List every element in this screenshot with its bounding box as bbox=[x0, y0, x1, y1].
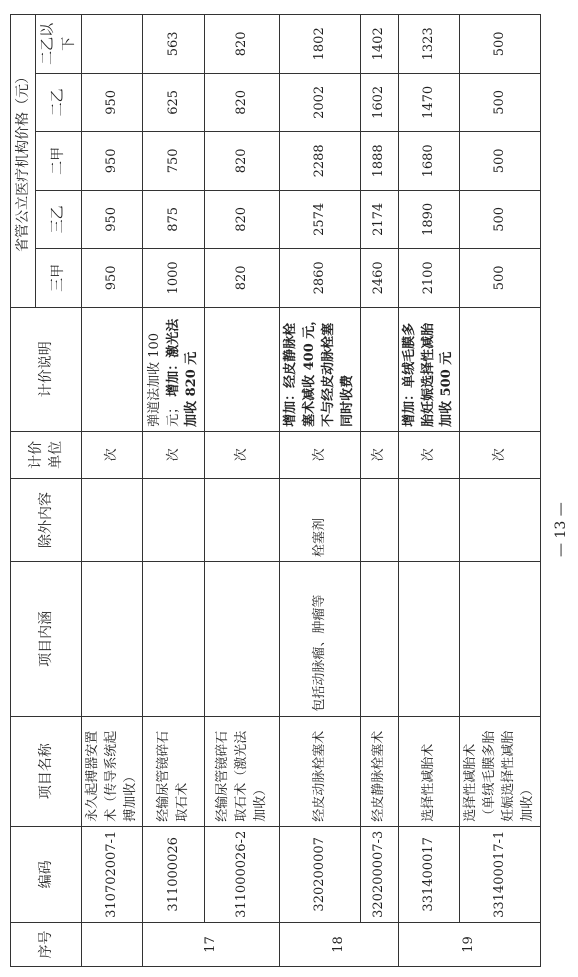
cell-excluded bbox=[460, 478, 540, 561]
cell-excluded bbox=[81, 478, 143, 561]
cell-name: 永久起搏器安置术（传导系统起搏加收） bbox=[81, 716, 143, 826]
cell-price-eryi: 1470 bbox=[398, 73, 460, 132]
cell-code: 320200007-3 bbox=[360, 826, 398, 922]
cell-unit: 次 bbox=[398, 431, 460, 478]
cell-note bbox=[460, 307, 540, 431]
header-level-erjia: 二甲 bbox=[36, 132, 82, 191]
cell-price-eryi: 2002 bbox=[280, 73, 360, 132]
table-row: 17 311000026 经输尿管镜碎石取石术 次 弹道法加收 100 元； 增… bbox=[143, 15, 205, 967]
cell-note: 增加：经皮静脉栓塞术减收 400 元，不与经皮动脉栓塞同时收费 bbox=[280, 307, 360, 431]
cell-price-eryi: 820 bbox=[205, 73, 280, 132]
header-note: 计价说明 bbox=[11, 307, 82, 431]
header-seq: 序号 bbox=[11, 922, 82, 966]
cell-price-eryi: 500 bbox=[460, 73, 540, 132]
cell-content bbox=[143, 562, 205, 717]
cell-price-sanjia: 950 bbox=[81, 249, 143, 308]
cell-price-sanjia: 820 bbox=[205, 249, 280, 308]
header-excluded: 除外内容 bbox=[11, 478, 82, 561]
cell-price-erjia: 1888 bbox=[360, 132, 398, 191]
cell-code: 311000026-2 bbox=[205, 826, 280, 922]
cell-unit: 次 bbox=[205, 431, 280, 478]
cell-price-below-eryi: 1323 bbox=[398, 15, 460, 74]
cell-name: 经皮动脉栓塞术 bbox=[280, 716, 360, 826]
cell-price-below-eryi: 820 bbox=[205, 15, 280, 74]
cell-seq: 18 bbox=[280, 922, 398, 966]
cell-note bbox=[360, 307, 398, 431]
cell-unit: 次 bbox=[143, 431, 205, 478]
header-level-eryi: 二乙 bbox=[36, 73, 82, 132]
cell-price-erjia: 820 bbox=[205, 132, 280, 191]
cell-price-eryi: 1602 bbox=[360, 73, 398, 132]
cell-price-erjia: 950 bbox=[81, 132, 143, 191]
rotated-page: 序号 编码 项目名称 项目内涵 除外内容 计价单位 计价说明 省管公立医疗机构价… bbox=[0, 0, 578, 977]
cell-content: 包括动脉瘤、肿瘤等 bbox=[280, 562, 360, 717]
cell-excluded bbox=[143, 478, 205, 561]
cell-price-sanyi: 820 bbox=[205, 190, 280, 249]
cell-code: 311000026 bbox=[143, 826, 205, 922]
cell-price-sanjia: 2460 bbox=[360, 249, 398, 308]
cell-code: 331400017 bbox=[398, 826, 460, 922]
header-unit: 计价单位 bbox=[11, 431, 82, 478]
cell-content bbox=[205, 562, 280, 717]
cell-unit: 次 bbox=[81, 431, 143, 478]
cell-note: 弹道法加收 100 元； 增加：激光法加收 820 元 bbox=[143, 307, 205, 431]
cell-seq bbox=[81, 922, 143, 966]
table-row: 310702007-1 永久起搏器安置术（传导系统起搏加收） 次 950 950… bbox=[81, 15, 143, 967]
cell-seq: 17 bbox=[143, 922, 280, 966]
cell-code: 310702007-1 bbox=[81, 826, 143, 922]
cell-price-below-eryi: 500 bbox=[460, 15, 540, 74]
cell-code: 320200007 bbox=[280, 826, 360, 922]
cell-code: 331400017-1 bbox=[460, 826, 540, 922]
cell-price-sanyi: 2174 bbox=[360, 190, 398, 249]
cell-price-below-eryi: 1802 bbox=[280, 15, 360, 74]
cell-price-sanyi: 875 bbox=[143, 190, 205, 249]
cell-unit: 次 bbox=[280, 431, 360, 478]
cell-price-sanjia: 500 bbox=[460, 249, 540, 308]
cell-unit: 次 bbox=[460, 431, 540, 478]
cell-content bbox=[460, 562, 540, 717]
price-table: 序号 编码 项目名称 项目内涵 除外内容 计价单位 计价说明 省管公立医疗机构价… bbox=[10, 14, 541, 967]
cell-price-below-eryi bbox=[81, 15, 143, 74]
header-price-group: 省管公立医疗机构价格（元） bbox=[11, 15, 36, 308]
cell-name: 经输尿管镜碎石取石术 bbox=[143, 716, 205, 826]
cell-name: 选择性减胎术 bbox=[398, 716, 460, 826]
cell-content bbox=[360, 562, 398, 717]
page-number: — 13 — bbox=[553, 502, 569, 557]
cell-content bbox=[398, 562, 460, 717]
cell-name: 选择性减胎术（单绒毛膜多胎妊娠选择性减胎加收） bbox=[460, 716, 540, 826]
cell-price-erjia: 2288 bbox=[280, 132, 360, 191]
cell-seq: 19 bbox=[398, 922, 540, 966]
cell-excluded bbox=[398, 478, 460, 561]
cell-unit: 次 bbox=[360, 431, 398, 478]
cell-excluded bbox=[205, 478, 280, 561]
header-level-sanyi: 三乙 bbox=[36, 190, 82, 249]
header-content: 项目内涵 bbox=[11, 562, 82, 717]
cell-name: 经皮静脉栓塞术 bbox=[360, 716, 398, 826]
cell-price-eryi: 625 bbox=[143, 73, 205, 132]
header-level-sanjia: 三甲 bbox=[36, 249, 82, 308]
table-row: 320200007-3 经皮静脉栓塞术 次 2460 2174 1888 160… bbox=[360, 15, 398, 967]
table-row: 311000026-2 经输尿管镜碎石取石术（激光法加收） 次 820 820 … bbox=[205, 15, 280, 967]
cell-price-below-eryi: 563 bbox=[143, 15, 205, 74]
cell-price-sanyi: 2574 bbox=[280, 190, 360, 249]
header-name: 项目名称 bbox=[11, 716, 82, 826]
cell-price-sanjia: 2860 bbox=[280, 249, 360, 308]
cell-excluded bbox=[360, 478, 398, 561]
cell-price-erjia: 750 bbox=[143, 132, 205, 191]
cell-price-sanyi: 950 bbox=[81, 190, 143, 249]
cell-price-below-eryi: 1402 bbox=[360, 15, 398, 74]
cell-price-sanyi: 1890 bbox=[398, 190, 460, 249]
header-code: 编码 bbox=[11, 826, 82, 922]
cell-note bbox=[205, 307, 280, 431]
cell-price-sanjia: 2100 bbox=[398, 249, 460, 308]
cell-price-sanjia: 1000 bbox=[143, 249, 205, 308]
cell-note bbox=[81, 307, 143, 431]
table-row: 331400017-1 选择性减胎术（单绒毛膜多胎妊娠选择性减胎加收） 次 50… bbox=[460, 15, 540, 967]
cell-price-sanyi: 500 bbox=[460, 190, 540, 249]
cell-name: 经输尿管镜碎石取石术（激光法加收） bbox=[205, 716, 280, 826]
cell-content bbox=[81, 562, 143, 717]
table-row: 19 331400017 选择性减胎术 次 增加：单绒毛膜多胎妊娠选择性减胎加收… bbox=[398, 15, 460, 967]
cell-price-erjia: 1680 bbox=[398, 132, 460, 191]
cell-note: 增加：单绒毛膜多胎妊娠选择性减胎加收 500 元 bbox=[398, 307, 460, 431]
cell-excluded: 栓塞剂 bbox=[280, 478, 360, 561]
cell-price-erjia: 500 bbox=[460, 132, 540, 191]
header-level-below-eryi: 二乙以下 bbox=[36, 15, 82, 74]
table-row: 18 320200007 经皮动脉栓塞术 包括动脉瘤、肿瘤等 栓塞剂 次 增加：… bbox=[280, 15, 360, 967]
cell-price-eryi: 950 bbox=[81, 73, 143, 132]
